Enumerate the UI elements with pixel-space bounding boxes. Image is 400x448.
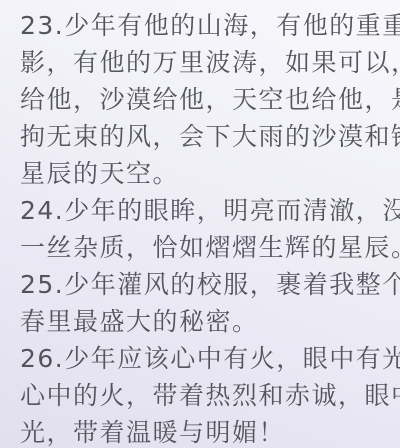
text-line: 拘无束的风，会下大雨的沙漠和铺满 [20,118,382,155]
text-line: 影，有他的万里波涛，如果可以，风 [20,44,382,81]
quote-item-24: 24.少年的眼眸，明亮而清澈，没有 一丝杂质，恰如熠熠生辉的星辰。 [20,192,382,266]
text-line: 23.少年有他的山海，有他的重重山 [20,7,382,44]
quote-item-26: 26.少年应该心中有火，眼中有光， 心中的火，带着热烈和赤诚，眼中的 光，带着温… [20,340,382,448]
text-line: 春里最盛大的秘密。 [20,303,382,340]
quote-item-23: 23.少年有他的山海，有他的重重山 影，有他的万里波涛，如果可以，风 给他，沙漠… [20,7,382,192]
quote-item-25: 25.少年灌风的校服，裹着我整个青 春里最盛大的秘密。 [20,266,382,340]
text-line: 26.少年应该心中有火，眼中有光， [20,340,382,377]
text-line: 25.少年灌风的校服，裹着我整个青 [20,266,382,303]
text-line: 给他，沙漠给他，天空也给他，是无 [20,81,382,118]
text-line: 光，带着温暖与明媚！ [20,414,382,448]
quotes-page: 23.少年有他的山海，有他的重重山 影，有他的万里波涛，如果可以，风 给他，沙漠… [0,0,400,448]
text-line: 24.少年的眼眸，明亮而清澈，没有 [20,192,382,229]
text-line: 心中的火，带着热烈和赤诚，眼中的 [20,377,382,414]
text-line: 一丝杂质，恰如熠熠生辉的星辰。 [20,229,382,266]
text-line: 星辰的天空。 [20,155,382,192]
